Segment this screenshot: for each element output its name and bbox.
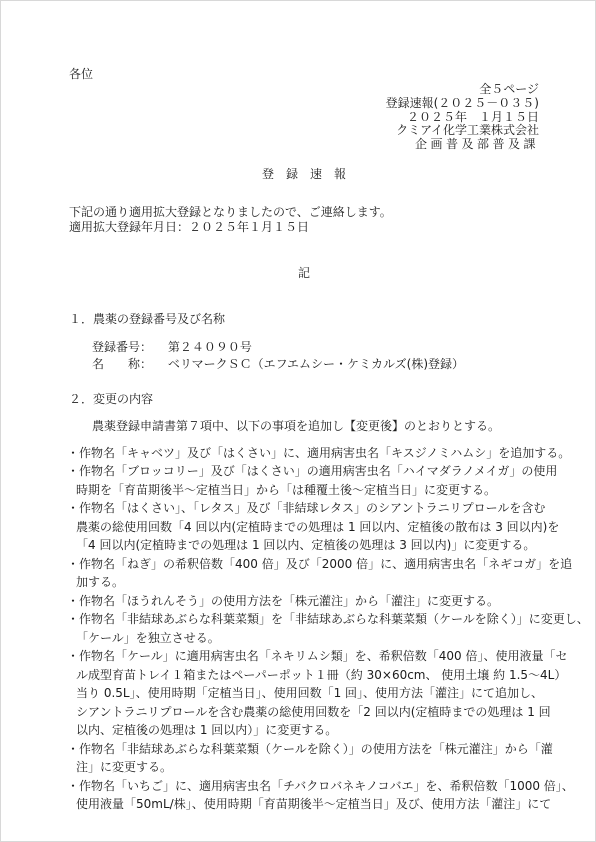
- bullet-item: ・作物名「非結球あぶらな科葉菜類（ケールを除く）」の使用方法を「株元灌注」から「…: [67, 740, 543, 777]
- ki-marker: 記: [69, 266, 539, 280]
- reg-number-row: 登録番号： 第２４０９０号: [92, 339, 539, 356]
- greeting-block: 下記の通り適用拡大登録となりましたので、ご連絡します。 適用拡大登録年月日：２０…: [69, 205, 539, 235]
- bullet-item: ・作物名「非結球あぶらな科葉菜類」を「非結球あぶらな科葉菜類（ケールを除く）」に…: [67, 610, 543, 647]
- bullet-item: ・作物名「ねぎ」の希釈倍数「400 倍」及び「2000 倍」に、適用病害虫名「ネ…: [67, 555, 543, 592]
- bullet-line: ・作物名「はくさい」、「レタス」及び「非結球レタス」のシアントラニリプロールを含…: [67, 499, 543, 518]
- bullet-line: 加する。: [67, 573, 543, 592]
- greeting-line: 下記の通り適用拡大登録となりましたので、ご連絡します。: [69, 205, 539, 220]
- bullet-item: ・作物名「ケール」に適用病害虫名「ネキリムシ類」を、希釈倍数「400 倍」、使用…: [67, 647, 543, 740]
- bullet-line: 注」に変更する。: [67, 758, 543, 777]
- reg-number-label: 登録番号：: [92, 339, 152, 356]
- registration-date-line: 適用拡大登録年月日：２０２５年１月１５日: [69, 220, 539, 235]
- bullet-line: 農薬の総使用回数「4 回以内(定植時までの処理は 1 回以内、定植後の散布は 3…: [67, 518, 543, 537]
- bullet-line: 以内、定植後の処理は 1 回以内）」に変更する。: [67, 721, 543, 740]
- bullet-line: ・作物名「いちご」に、適用病害虫名「チバクロバネキノコバエ」を、希釈倍数「100…: [67, 777, 543, 796]
- bullet-line: 当り 0.5L」、使用時期「定植当日」、使用回数「1 回」、使用方法「灌注」にて…: [67, 684, 543, 703]
- bulletin-number: 登録速報(２０２５－０３５): [69, 97, 539, 111]
- bullet-line: 使用液量「50mL/株」、使用時期「育苗期後半～定植当日」及び、使用方法「灌注」…: [67, 795, 543, 814]
- bullet-line: ル成型育苗トレイ１箱またはペーパーポット１冊（約 30×60cm、 使用土壌 約…: [67, 666, 543, 685]
- department-name: 企画普及部普及課: [69, 138, 539, 152]
- bullet-line: ・作物名「ブロッコリー」及び「はくさい」の適用病害虫名「ハイマダラノメイガ」の使…: [67, 462, 543, 481]
- bullet-line: ・作物名「ケール」に適用病害虫名「ネキリムシ類」を、希釈倍数「400 倍」、使用…: [67, 647, 543, 666]
- product-name-label: 名 称：: [92, 356, 152, 373]
- bullet-item: ・作物名「はくさい」、「レタス」及び「非結球レタス」のシアントラニリプロールを含…: [67, 499, 543, 555]
- bullet-line: ・作物名「ねぎ」の希釈倍数「400 倍」及び「2000 倍」に、適用病害虫名「ネ…: [67, 555, 543, 574]
- bullet-line: ・作物名「非結球あぶらな科葉菜類」を「非結球あぶらな科葉菜類（ケールを除く）」に…: [67, 610, 543, 629]
- bullet-item: ・作物名「ほうれんそう」の使用方法を「株元灌注」から「灌注」に変更する。: [67, 592, 543, 611]
- section-2-heading: ２．変更の内容: [69, 392, 539, 406]
- bullet-item: ・作物名「キャベツ」及び「はくさい」に、適用病害虫名「キスジノミハムシ」を追加す…: [67, 444, 543, 463]
- reg-number-value: 第２４０９０号: [168, 339, 252, 356]
- change-bullet-list: ・作物名「キャベツ」及び「はくさい」に、適用病害虫名「キスジノミハムシ」を追加す…: [67, 444, 543, 814]
- doc-title: 登 録 速 報: [69, 167, 539, 181]
- section-2-intro: 農薬登録申請書第７項中、以下の事項を追加し【変更後】のとおりとする。: [92, 419, 539, 433]
- document-page: 各位 全５ページ 登録速報(２０２５－０３５) ２０２５年 １月１５日 クミアイ…: [0, 0, 596, 842]
- recipient-line: 各位: [69, 67, 539, 81]
- header-meta-block: 全５ページ 登録速報(２０２５－０３５) ２０２５年 １月１５日 クミアイ化学工…: [69, 83, 539, 152]
- bullet-line: 「4 回以内(定植時までの処理は 1 回以内、定植後の処理は 3 回以内)」に変…: [67, 536, 543, 555]
- bullet-line: ・作物名「非結球あぶらな科葉菜類（ケールを除く）」の使用方法を「株元灌注」から「…: [67, 740, 543, 759]
- page-count: 全５ページ: [69, 83, 539, 97]
- bullet-line: ・作物名「ほうれんそう」の使用方法を「株元灌注」から「灌注」に変更する。: [67, 592, 543, 611]
- product-name-value: ベリマークＳＣ（エフエムシー・ケミカルズ(株)登録）: [168, 356, 464, 373]
- bullet-line: 「ケール」を独立させる。: [67, 629, 543, 648]
- page-content: 各位 全５ページ 登録速報(２０２５－０３５) ２０２５年 １月１５日 クミアイ…: [1, 1, 595, 814]
- bullet-line: シアントラニリプロールを含む農薬の総使用回数を「2 回以内(定植時までの処理は …: [67, 703, 543, 722]
- bullet-line: ・作物名「キャベツ」及び「はくさい」に、適用病害虫名「キスジノミハムシ」を追加す…: [67, 444, 543, 463]
- bullet-item: ・作物名「いちご」に、適用病害虫名「チバクロバネキノコバエ」を、希釈倍数「100…: [67, 777, 543, 814]
- registration-info-block: 登録番号： 第２４０９０号 名 称： ベリマークＳＣ（エフエムシー・ケミカルズ(…: [92, 339, 539, 373]
- bullet-item: ・作物名「ブロッコリー」及び「はくさい」の適用病害虫名「ハイマダラノメイガ」の使…: [67, 462, 543, 499]
- bullet-line: 時期を「育苗期後半～定植当日」から「は種覆土後～定植当日」に変更する。: [67, 481, 543, 500]
- section-1-heading: １．農薬の登録番号及び名称: [69, 312, 539, 326]
- product-name-row: 名 称： ベリマークＳＣ（エフエムシー・ケミカルズ(株)登録）: [92, 356, 539, 373]
